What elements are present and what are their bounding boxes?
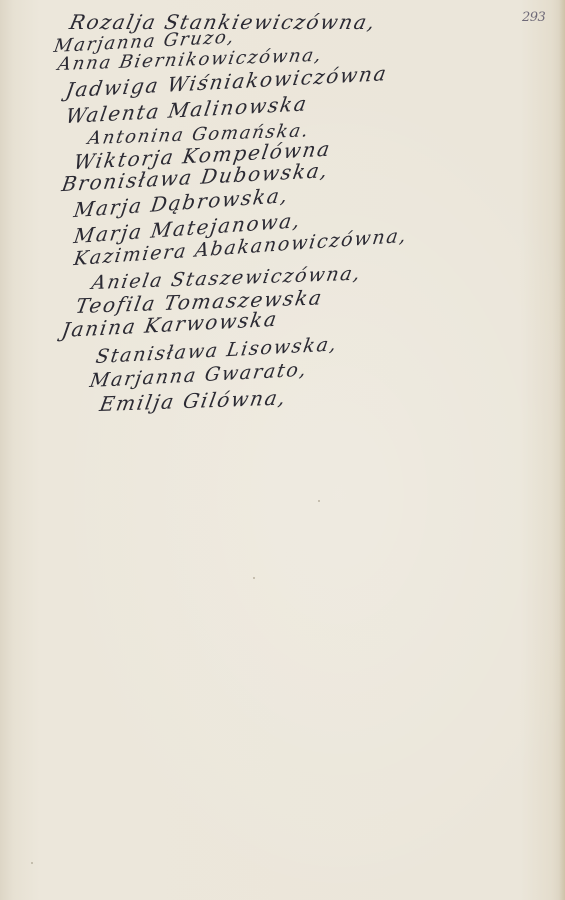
document-page: 293 Rozalja Stankiewiczówna, Marjanna Gr… (0, 0, 565, 900)
paper-speck (318, 500, 320, 502)
folio-number: 293 (522, 10, 545, 25)
paper-speck (253, 577, 255, 579)
paper-speck (31, 862, 33, 864)
